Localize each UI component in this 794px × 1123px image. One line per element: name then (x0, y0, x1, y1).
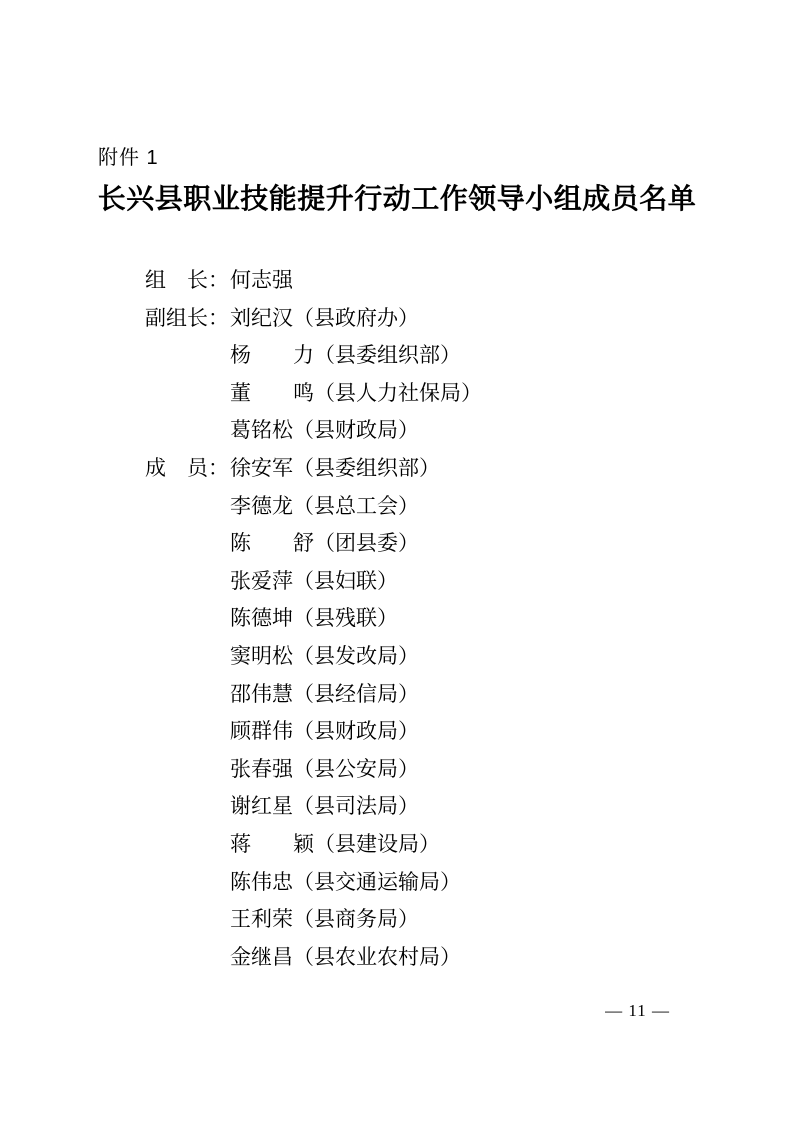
role-label (145, 901, 230, 939)
role-label (145, 488, 230, 526)
roster-row: 陈伟忠（县交通运输局） (145, 864, 482, 902)
member-name: 蒋 颖（县建设局） (230, 826, 440, 864)
roster-row: 副组长： 刘纪汉（县政府办） (145, 300, 482, 338)
roster-row: 张爱萍（县妇联） (145, 563, 482, 601)
role-label: 成 员： (145, 450, 230, 488)
roster-row: 窦明松（县发改局） (145, 638, 482, 676)
roster-row: 杨 力（县委组织部） (145, 337, 482, 375)
roster-row: 陈德坤（县残联） (145, 600, 482, 638)
roster-row: 金继昌（县农业农村局） (145, 939, 482, 977)
role-label (145, 563, 230, 601)
member-name: 陈德坤（县残联） (230, 600, 398, 638)
member-name: 徐安军（县委组织部） (230, 450, 440, 488)
member-name: 陈伟忠（县交通运输局） (230, 864, 461, 902)
document-page: 附件 1 长兴县职业技能提升行动工作领导小组成员名单 组 长： 何志强 副组长：… (0, 0, 794, 1123)
member-name: 金继昌（县农业农村局） (230, 939, 461, 977)
roster-row: 顾群伟（县财政局） (145, 713, 482, 751)
role-label (145, 939, 230, 977)
roster-row: 蒋 颖（县建设局） (145, 826, 482, 864)
roster-row: 张春强（县公安局） (145, 751, 482, 789)
member-name: 王利荣（县商务局） (230, 901, 419, 939)
member-name: 张春强（县公安局） (230, 751, 419, 789)
member-name: 邵伟慧（县经信局） (230, 676, 419, 714)
roster-row: 邵伟慧（县经信局） (145, 676, 482, 714)
role-label (145, 375, 230, 413)
roster-row: 李德龙（县总工会） (145, 488, 482, 526)
role-label (145, 788, 230, 826)
role-label (145, 676, 230, 714)
role-label (145, 826, 230, 864)
member-name: 何志强 (230, 262, 293, 300)
page-title: 长兴县职业技能提升行动工作领导小组成员名单 (0, 177, 794, 217)
page-number: — 11 — (605, 1001, 670, 1021)
member-name: 刘纪汉（县政府办） (230, 300, 419, 338)
roster-row: 成 员： 徐安军（县委组织部） (145, 450, 482, 488)
member-name: 窦明松（县发改局） (230, 638, 419, 676)
role-label: 副组长： (145, 300, 230, 338)
roster-row: 谢红星（县司法局） (145, 788, 482, 826)
roster-row: 葛铭松（县财政局） (145, 412, 482, 450)
role-label (145, 638, 230, 676)
member-roster: 组 长： 何志强 副组长： 刘纪汉（县政府办） 杨 力（县委组织部） 董 鸣（县… (145, 262, 482, 976)
member-name: 李德龙（县总工会） (230, 488, 419, 526)
role-label (145, 713, 230, 751)
role-label (145, 751, 230, 789)
member-name: 杨 力（县委组织部） (230, 337, 461, 375)
role-label (145, 600, 230, 638)
role-label (145, 525, 230, 563)
member-name: 葛铭松（县财政局） (230, 412, 419, 450)
member-name: 董 鸣（县人力社保局） (230, 375, 482, 413)
member-name: 谢红星（县司法局） (230, 788, 419, 826)
roster-row: 陈 舒（团县委） (145, 525, 482, 563)
roster-row: 王利荣（县商务局） (145, 901, 482, 939)
role-label (145, 864, 230, 902)
role-label (145, 412, 230, 450)
role-label: 组 长： (145, 262, 230, 300)
roster-row: 董 鸣（县人力社保局） (145, 375, 482, 413)
member-name: 顾群伟（县财政局） (230, 713, 419, 751)
roster-row: 组 长： 何志强 (145, 262, 482, 300)
member-name: 张爱萍（县妇联） (230, 563, 398, 601)
attachment-label: 附件 1 (98, 141, 159, 170)
member-name: 陈 舒（团县委） (230, 525, 419, 563)
role-label (145, 337, 230, 375)
